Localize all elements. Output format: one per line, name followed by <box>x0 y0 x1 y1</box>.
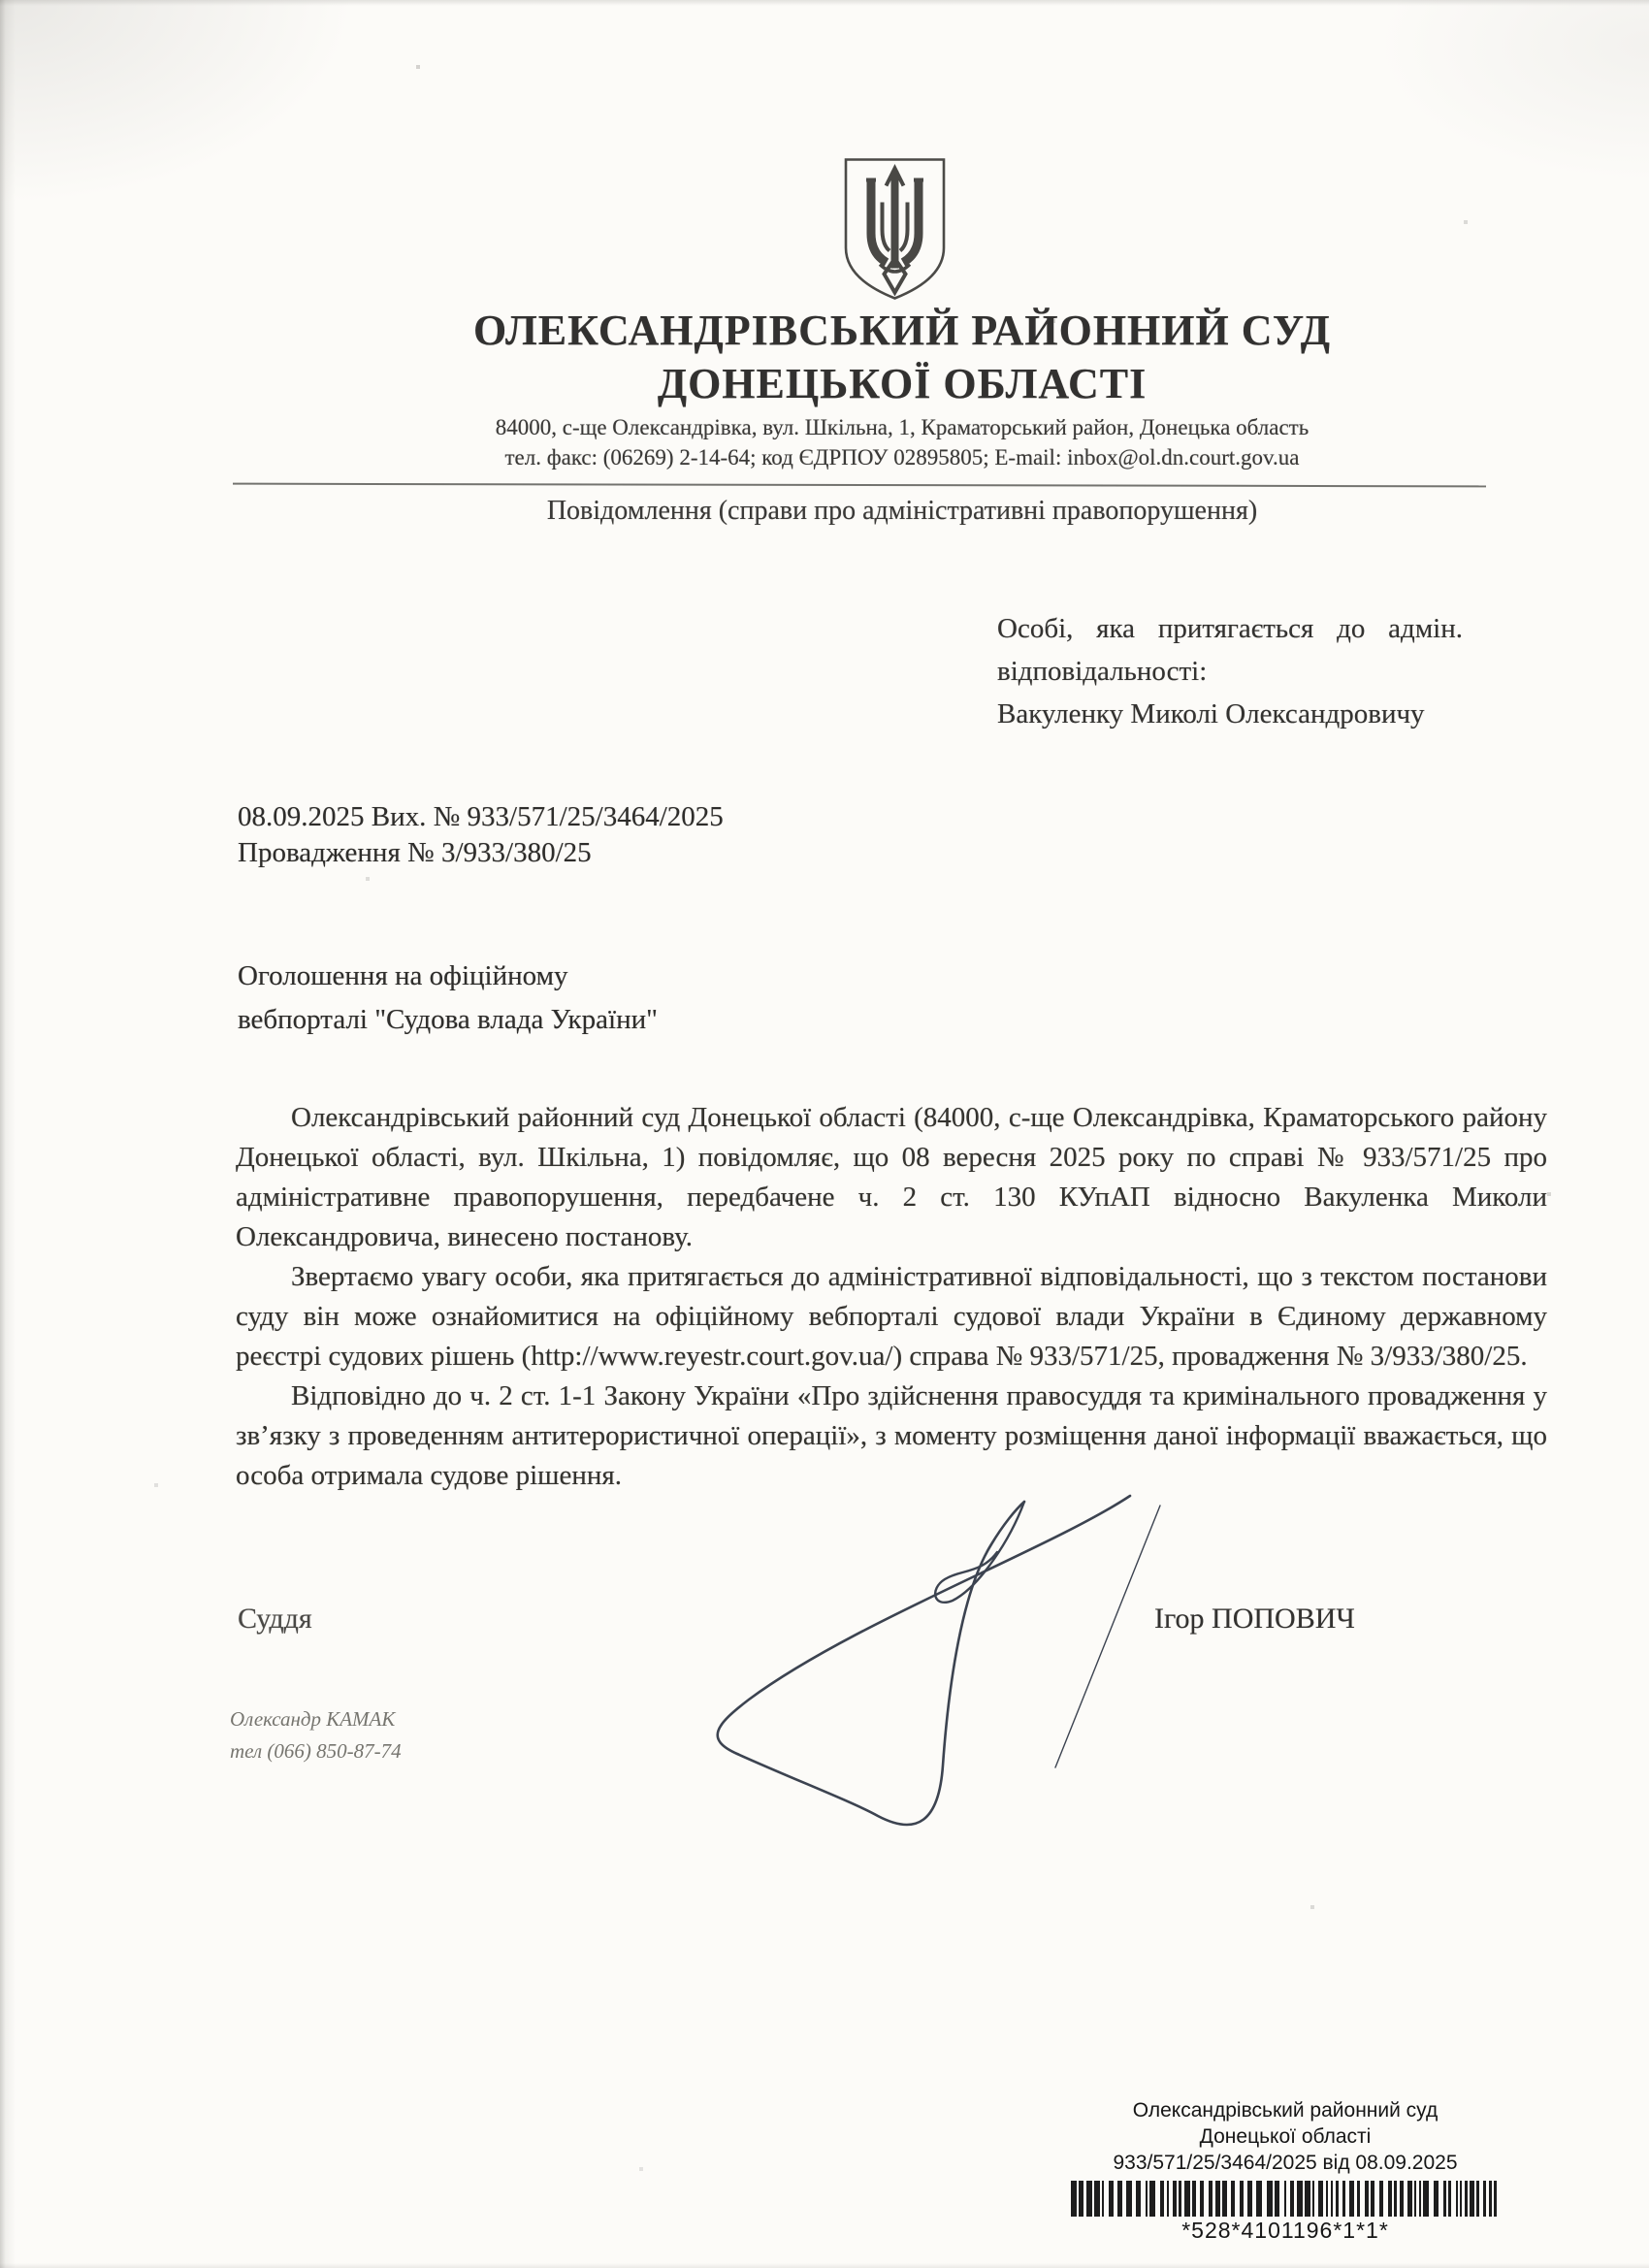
stamp-court-line1: Олександрівський районний суд <box>1052 2097 1518 2123</box>
stamp-court-line2: Донецької області <box>1052 2123 1518 2150</box>
outgoing-number: 08.09.2025 Вих. № 933/571/25/3464/2025 <box>238 799 917 835</box>
body-paragraph-2: Звертаємо увагу особи, яка притягається … <box>236 1257 1547 1377</box>
proceeding-number: Провадження № 3/933/380/25 <box>238 835 917 871</box>
announcement-line1: Оголошення на офіційному <box>238 955 917 998</box>
clerk-contact-block: Олександр КАМАК тел (066) 850-87-74 <box>230 1703 402 1767</box>
ukraine-trident-coat-of-arms-icon <box>839 155 951 303</box>
barcode <box>1066 2181 1504 2217</box>
announcement-block: Оголошення на офіційному вебпорталі "Суд… <box>238 955 917 1042</box>
recipient-line2: відповідальності: <box>997 650 1463 693</box>
recipient-line1: Особі, яка притягається до адмін. <box>997 607 1463 650</box>
announcement-line2: вебпорталі "Судова влада України" <box>238 998 917 1042</box>
scan-noise <box>0 0 2 2</box>
scanned-court-letter: ОЛЕКСАНДРІВСЬКИЙ РАЙОННИЙ СУД ДОНЕЦЬКОЇ … <box>0 0 1649 2268</box>
registration-stamp: Олександрівський районний суд Донецької … <box>1052 2097 1518 2244</box>
court-contacts: тел. факс: (06269) 2-14-64; код ЄДРПОУ 0… <box>175 445 1630 470</box>
court-name-line2: ДОНЕЦЬКОЇ ОБЛАСТІ <box>175 359 1630 408</box>
header-divider <box>233 483 1486 488</box>
barcode-text: *528*4101196*1*1* <box>1052 2218 1518 2244</box>
recipient-block: Особі, яка притягається до адмін. відпов… <box>997 607 1463 735</box>
court-address: 84000, с-ще Олександрівка, вул. Шкільна,… <box>175 415 1630 440</box>
clerk-phone: тел (066) 850-87-74 <box>230 1735 402 1767</box>
handwritten-signature <box>582 1407 1261 1872</box>
document-subject: Повідомлення (справи про адміністративні… <box>175 496 1630 527</box>
reference-block: 08.09.2025 Вих. № 933/571/25/3464/2025 П… <box>238 799 917 871</box>
signer-role: Суддя <box>238 1603 312 1636</box>
stamp-case-number: 933/571/25/3464/2025 від 08.09.2025 <box>1052 2150 1518 2176</box>
court-name-line1: ОЛЕКСАНДРІВСЬКИЙ РАЙОННИЙ СУД <box>175 306 1630 355</box>
recipient-name: Вакуленку Миколі Олександровичу <box>997 693 1463 735</box>
body-paragraph-1: Олександрівський районний суд Донецької … <box>236 1098 1547 1257</box>
clerk-name: Олександр КАМАК <box>230 1703 402 1735</box>
